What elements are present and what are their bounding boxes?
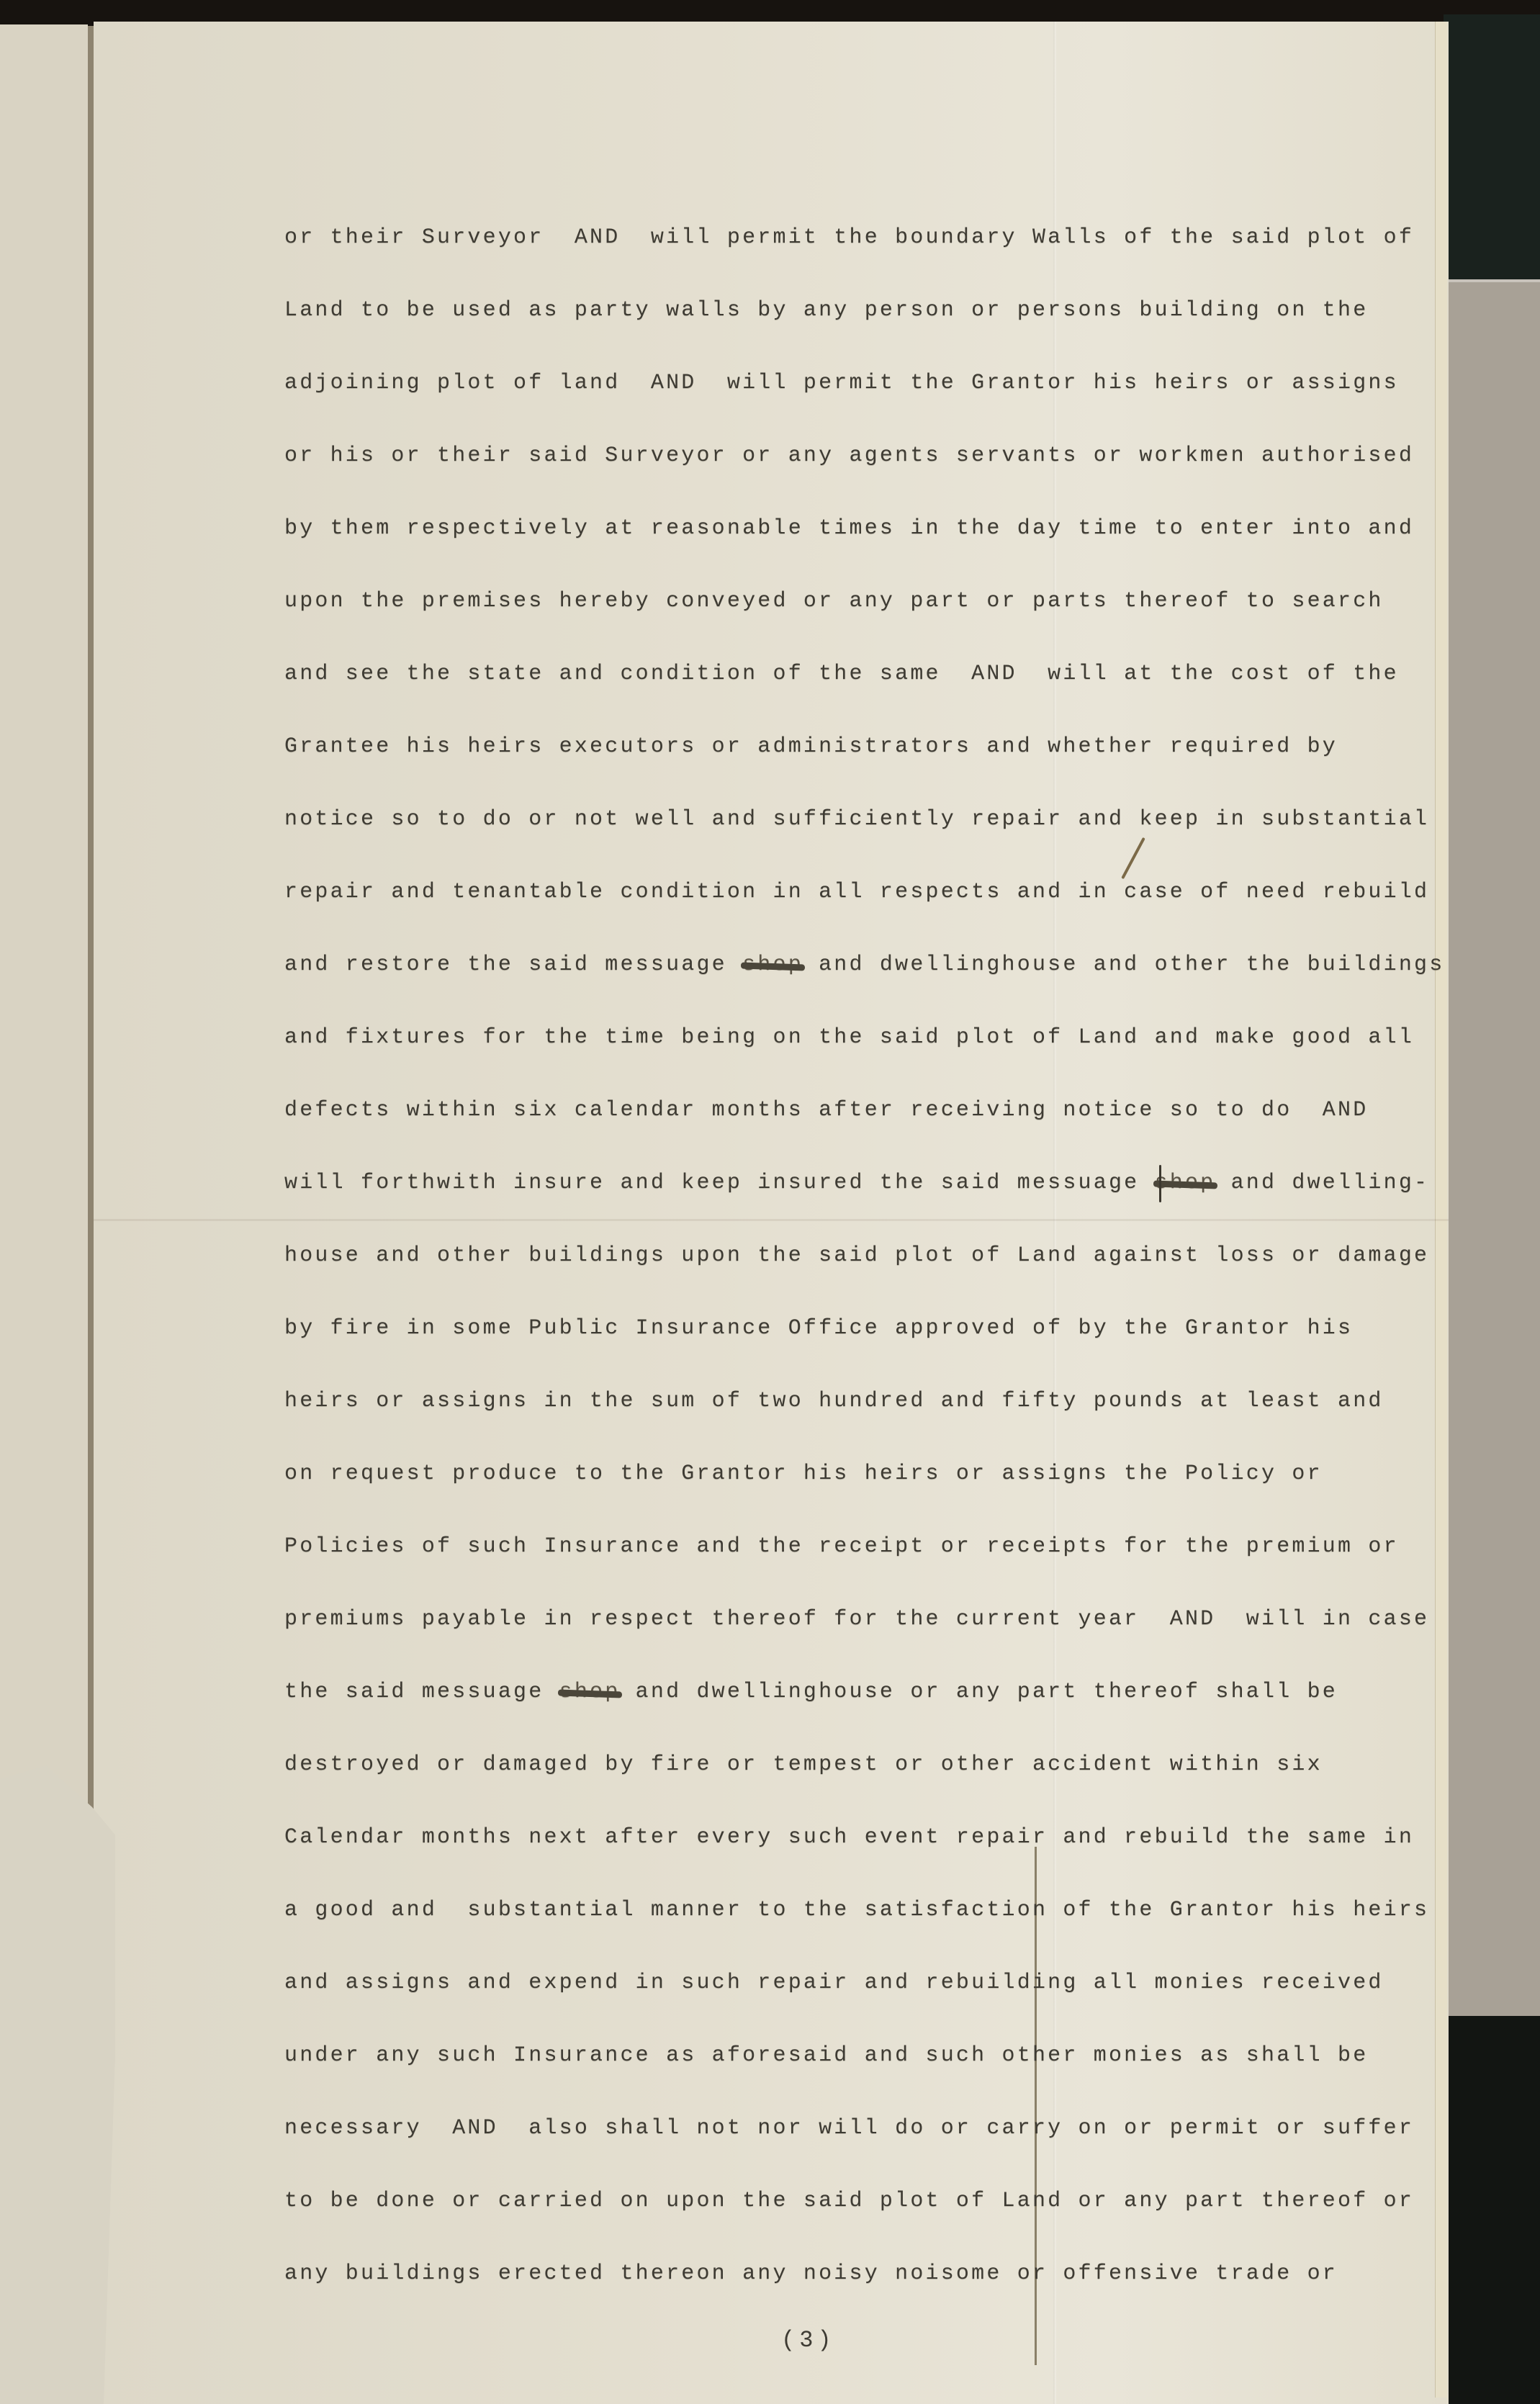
text-line: adjoining plot of land AND will permit t… [284, 369, 1393, 441]
text-line: notice so to do or not well and sufficie… [284, 805, 1393, 878]
text-line-with-strikeout: will forthwith insure and keep insured t… [284, 1169, 1393, 1241]
text-line: repair and tenantable condition in all r… [284, 878, 1393, 950]
text-line-with-strikeout: and restore the said messuage shop and d… [284, 950, 1393, 1023]
struck-word: shop [1155, 1169, 1216, 1197]
scanner-background-bottom-right [1440, 2016, 1540, 2404]
text-line: or his or their said Surveyor or any age… [284, 441, 1393, 514]
text-line: Policies of such Insurance and the recei… [284, 1532, 1393, 1605]
text-line: on request produce to the Grantor his he… [284, 1459, 1393, 1532]
text-line: premiums payable in respect thereof for … [284, 1605, 1393, 1678]
text-segment: and restore the said messuage [284, 953, 742, 977]
text-line: or their Surveyor AND will permit the bo… [284, 223, 1393, 296]
text-line: destroyed or damaged by fire or tempest … [284, 1750, 1393, 1823]
text-line: necessary AND also shall not nor will do… [284, 2114, 1393, 2187]
stacked-page-edges [1435, 22, 1447, 2398]
text-line: Grantee his heirs executors or administr… [284, 732, 1393, 805]
text-line: to be done or carried on upon the said p… [284, 2187, 1393, 2259]
text-line: and see the state and condition of the s… [284, 659, 1393, 732]
torn-paper-flap [0, 1710, 115, 2404]
page-number: (3) [781, 2327, 836, 2354]
text-segment: the said messuage [284, 1680, 559, 1704]
text-line: heirs or assigns in the sum of two hundr… [284, 1387, 1393, 1459]
ink-stroke-mark [1159, 1165, 1161, 1202]
text-line: house and other buildings upon the said … [284, 1241, 1393, 1314]
text-line: and fixtures for the time being on the s… [284, 1023, 1393, 1096]
scanner-background-right [1444, 14, 1540, 281]
text-line: by fire in some Public Insurance Office … [284, 1314, 1393, 1387]
text-line: any buildings erected thereon any noisy … [284, 2259, 1393, 2332]
text-segment: and dwellinghouse or any part thereof sh… [620, 1680, 1338, 1704]
text-line: a good and substantial manner to the sat… [284, 1896, 1393, 1968]
struck-word: shop [742, 950, 803, 979]
text-segment: will forthwith insure and keep insured t… [284, 1171, 1155, 1195]
text-line: upon the premises hereby conveyed or any… [284, 587, 1393, 659]
struck-word: shop [559, 1678, 621, 1706]
text-segment: and dwelling- [1215, 1171, 1429, 1195]
text-segment: and dwellinghouse and other the building… [803, 953, 1445, 977]
text-line: under any such Insurance as aforesaid an… [284, 2041, 1393, 2114]
text-line: Land to be used as party walls by any pe… [284, 296, 1393, 369]
text-line: by them respectively at reasonable times… [284, 514, 1393, 587]
backing-board [1444, 279, 1540, 2025]
text-line: Calendar months next after every such ev… [284, 1823, 1393, 1896]
text-line: and assigns and expend in such repair an… [284, 1968, 1393, 2041]
text-line-with-strikeout: the said messuage shop and dwellinghouse… [284, 1678, 1393, 1750]
deed-text-body: or their Surveyor AND will permit the bo… [284, 223, 1393, 2332]
text-line: defects within six calendar months after… [284, 1096, 1393, 1169]
